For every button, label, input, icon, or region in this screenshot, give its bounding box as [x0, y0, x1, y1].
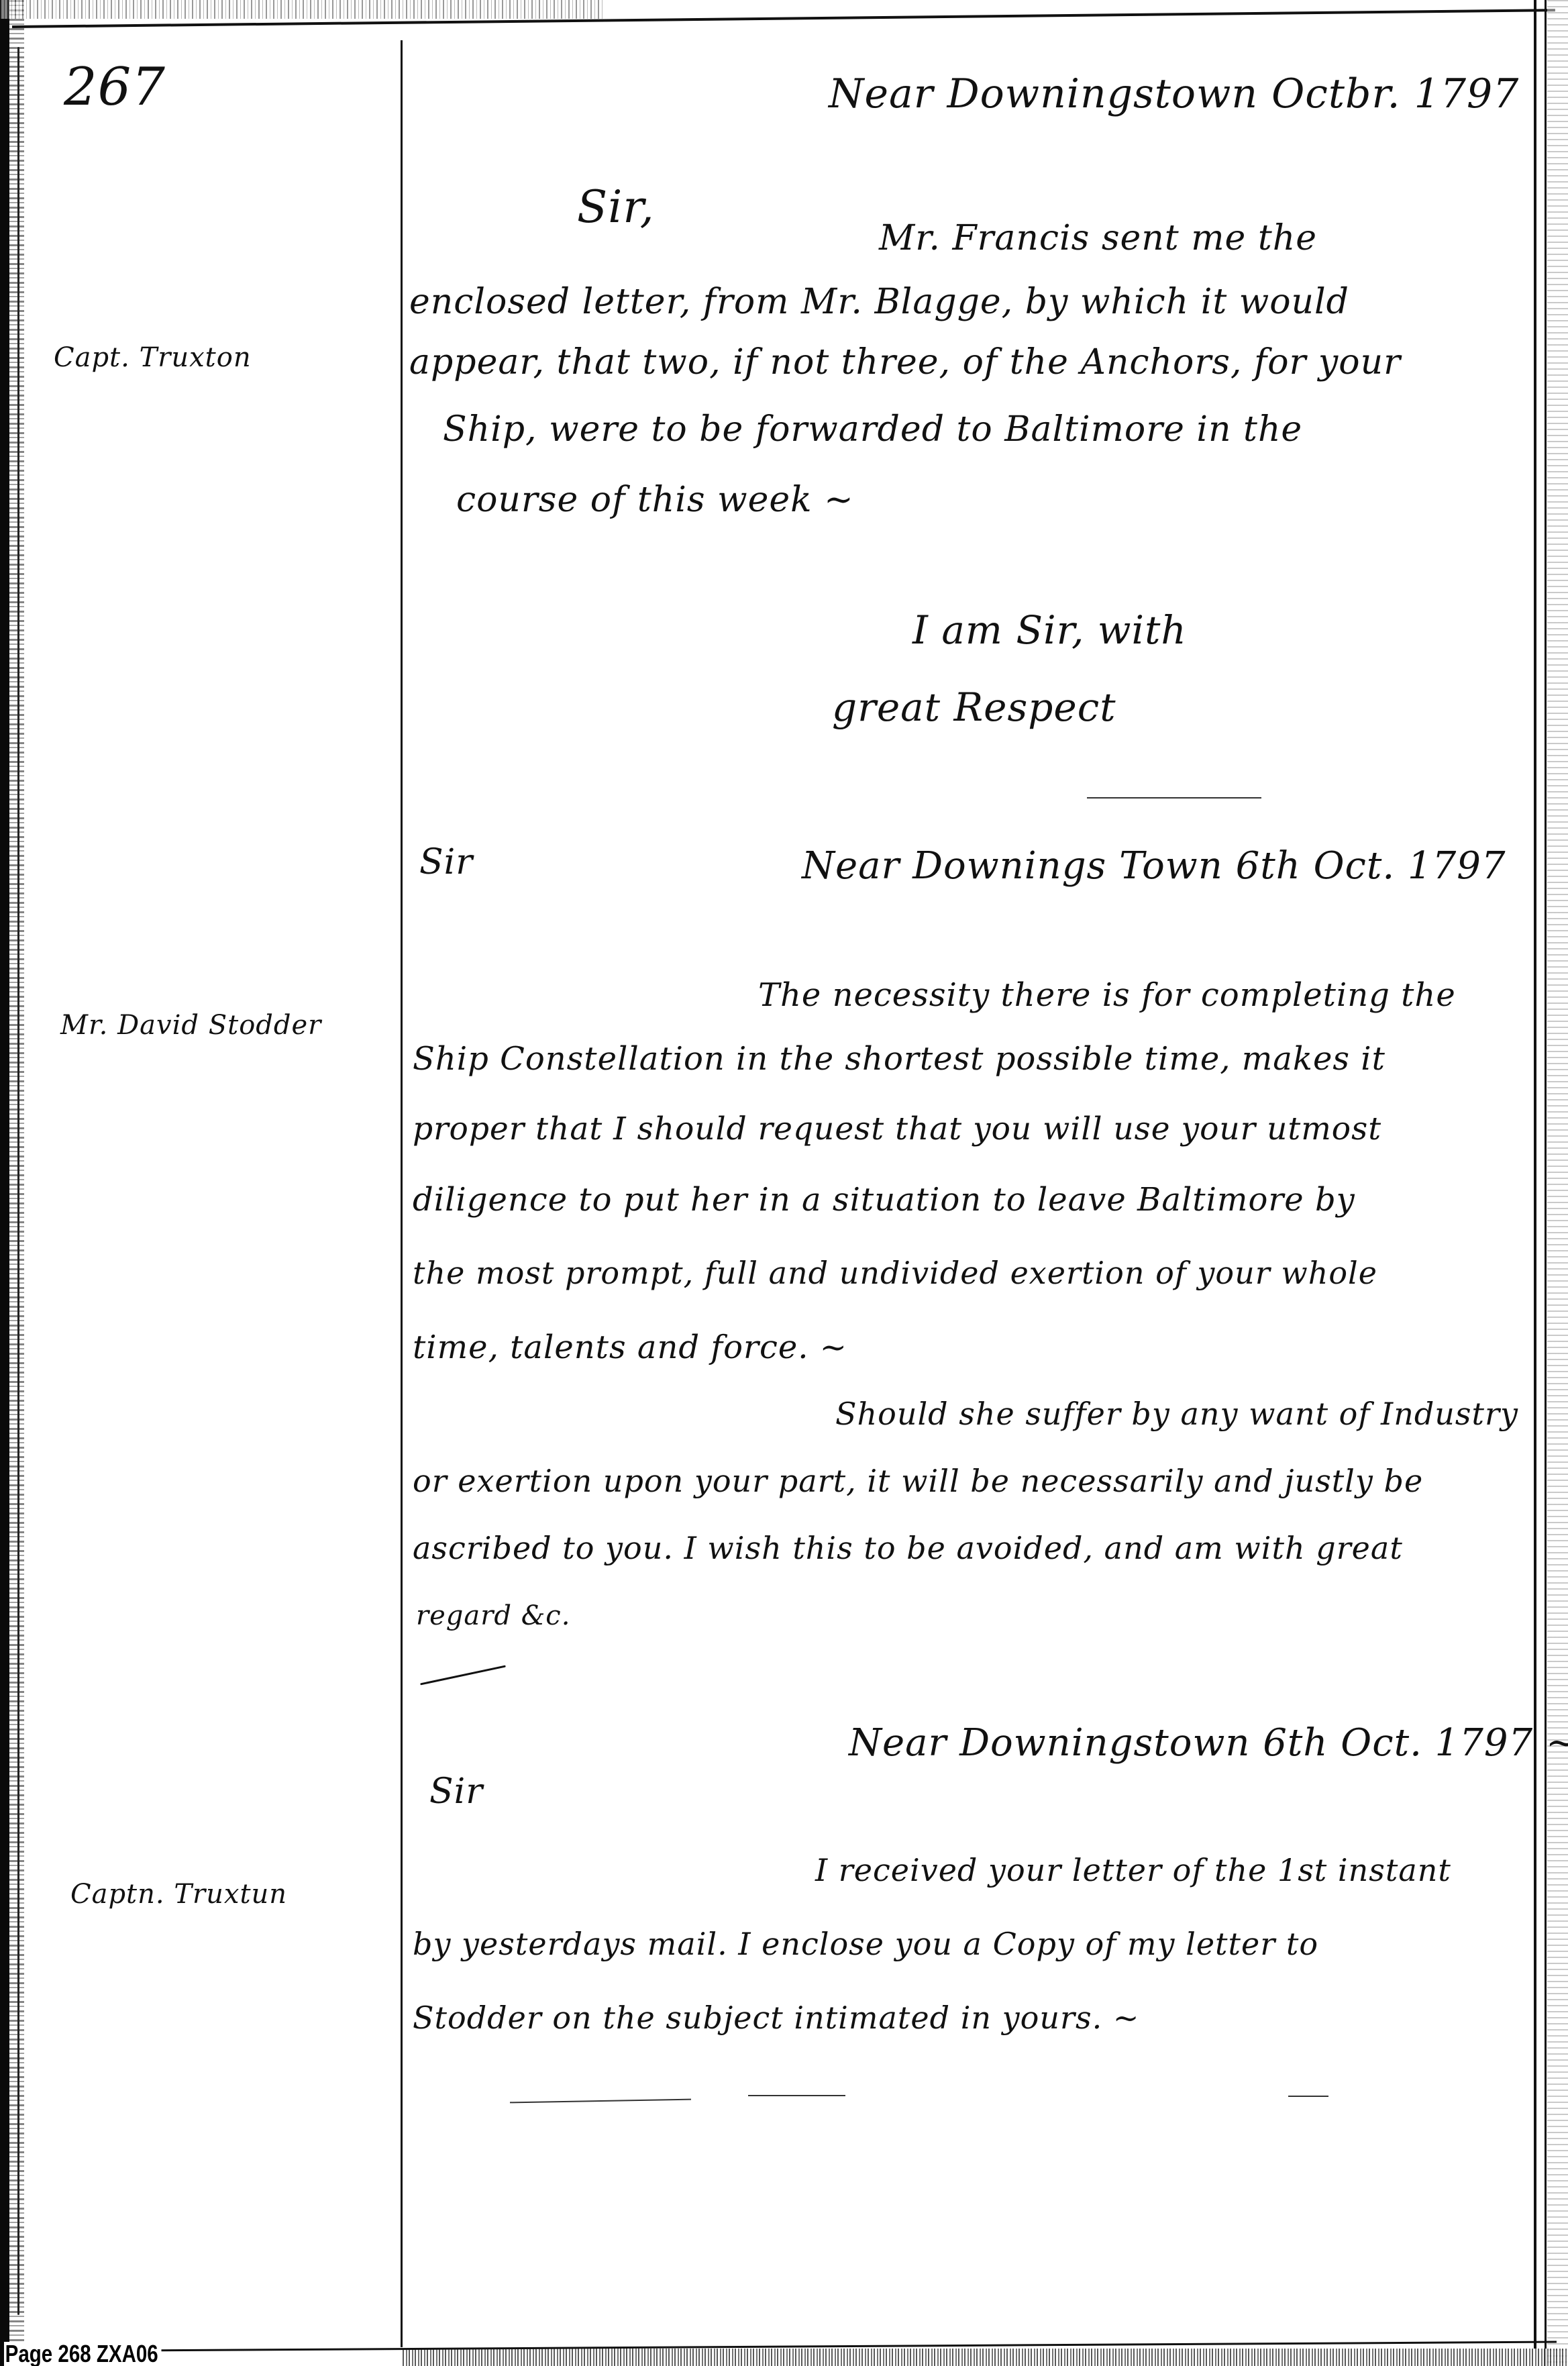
letter-1-addressee: Capt. Truxton — [54, 342, 252, 373]
page-label: Page 268 ZXA06 — [4, 2342, 162, 2366]
binding-shadow — [9, 0, 24, 2366]
letter-3-line: by yesterdays mail. I enclose you a Copy… — [413, 1926, 1318, 1962]
letter-1-line: appear, that two, if not three, of the A… — [409, 342, 1401, 382]
right-border-rule-outer — [1545, 0, 1547, 2366]
letter-3-addressee: Captn. Truxtun — [70, 1879, 287, 1910]
letter-2-line: or exertion upon your part, it will be n… — [413, 1463, 1423, 1499]
section-divider — [748, 2095, 845, 2096]
letter-2-addressee: Mr. David Stodder — [60, 1010, 321, 1041]
letter-3-salutation: Sir — [429, 1771, 483, 1812]
letter-3-line: Stodder on the subject intimated in your… — [413, 2000, 1139, 2036]
letter-2-dateline: Near Downings Town 6th Oct. 1797 — [802, 844, 1506, 888]
letter-2-line: Should she suffer by any want of Industr… — [835, 1396, 1518, 1432]
letter-2-line: the most prompt, full and undivided exer… — [413, 1255, 1377, 1291]
letter-1-closing: I am Sir, with — [912, 607, 1187, 653]
letter-1-line: Mr. Francis sent me the — [879, 218, 1317, 258]
letter-1-closing: great Respect — [832, 684, 1116, 730]
right-border-rule — [1534, 0, 1536, 2349]
binding-edge — [0, 0, 9, 2366]
letter-1-line: course of this week ~ — [456, 480, 854, 520]
scan-noise-right — [1547, 0, 1568, 2366]
letter-2-salutation: Sir — [419, 842, 473, 882]
letter-3-dateline: Near Downingstown 6th Oct. 1797 ~ — [849, 1721, 1568, 1765]
letter-1-dateline: Near Downingstown Octbr. 1797 — [829, 70, 1519, 117]
page-number: 267 — [64, 57, 166, 117]
letter-1-salutation: Sir, — [577, 181, 655, 233]
letter-1-line: enclosed letter, from Mr. Blagge, by whi… — [409, 282, 1349, 322]
closing-flourish — [420, 1665, 506, 1686]
letter-2-line: Ship Constellation in the shortest possi… — [413, 1040, 1386, 1078]
letter-3-line: I received your letter of the 1st instan… — [815, 1852, 1451, 1888]
page-left-edge — [17, 47, 19, 2315]
letter-1-line: Ship, were to be forwarded to Baltimore … — [443, 409, 1302, 450]
letter-2-line: regard &c. — [416, 1600, 570, 1631]
section-divider — [1087, 797, 1261, 799]
scan-noise-top — [0, 0, 604, 19]
letter-2-line: proper that I should request that you wi… — [413, 1111, 1381, 1147]
scan-noise-bottom — [403, 2349, 1568, 2366]
margin-rule — [401, 40, 403, 2347]
letter-2-line: time, talents and force. ~ — [413, 1329, 847, 1366]
section-divider — [1288, 2096, 1328, 2097]
letter-2-line: diligence to put her in a situation to l… — [413, 1181, 1355, 1219]
letter-2-line: The necessity there is for completing th… — [758, 976, 1456, 1014]
letter-2-line: ascribed to you. I wish this to be avoid… — [413, 1530, 1403, 1566]
section-divider — [510, 2099, 691, 2104]
